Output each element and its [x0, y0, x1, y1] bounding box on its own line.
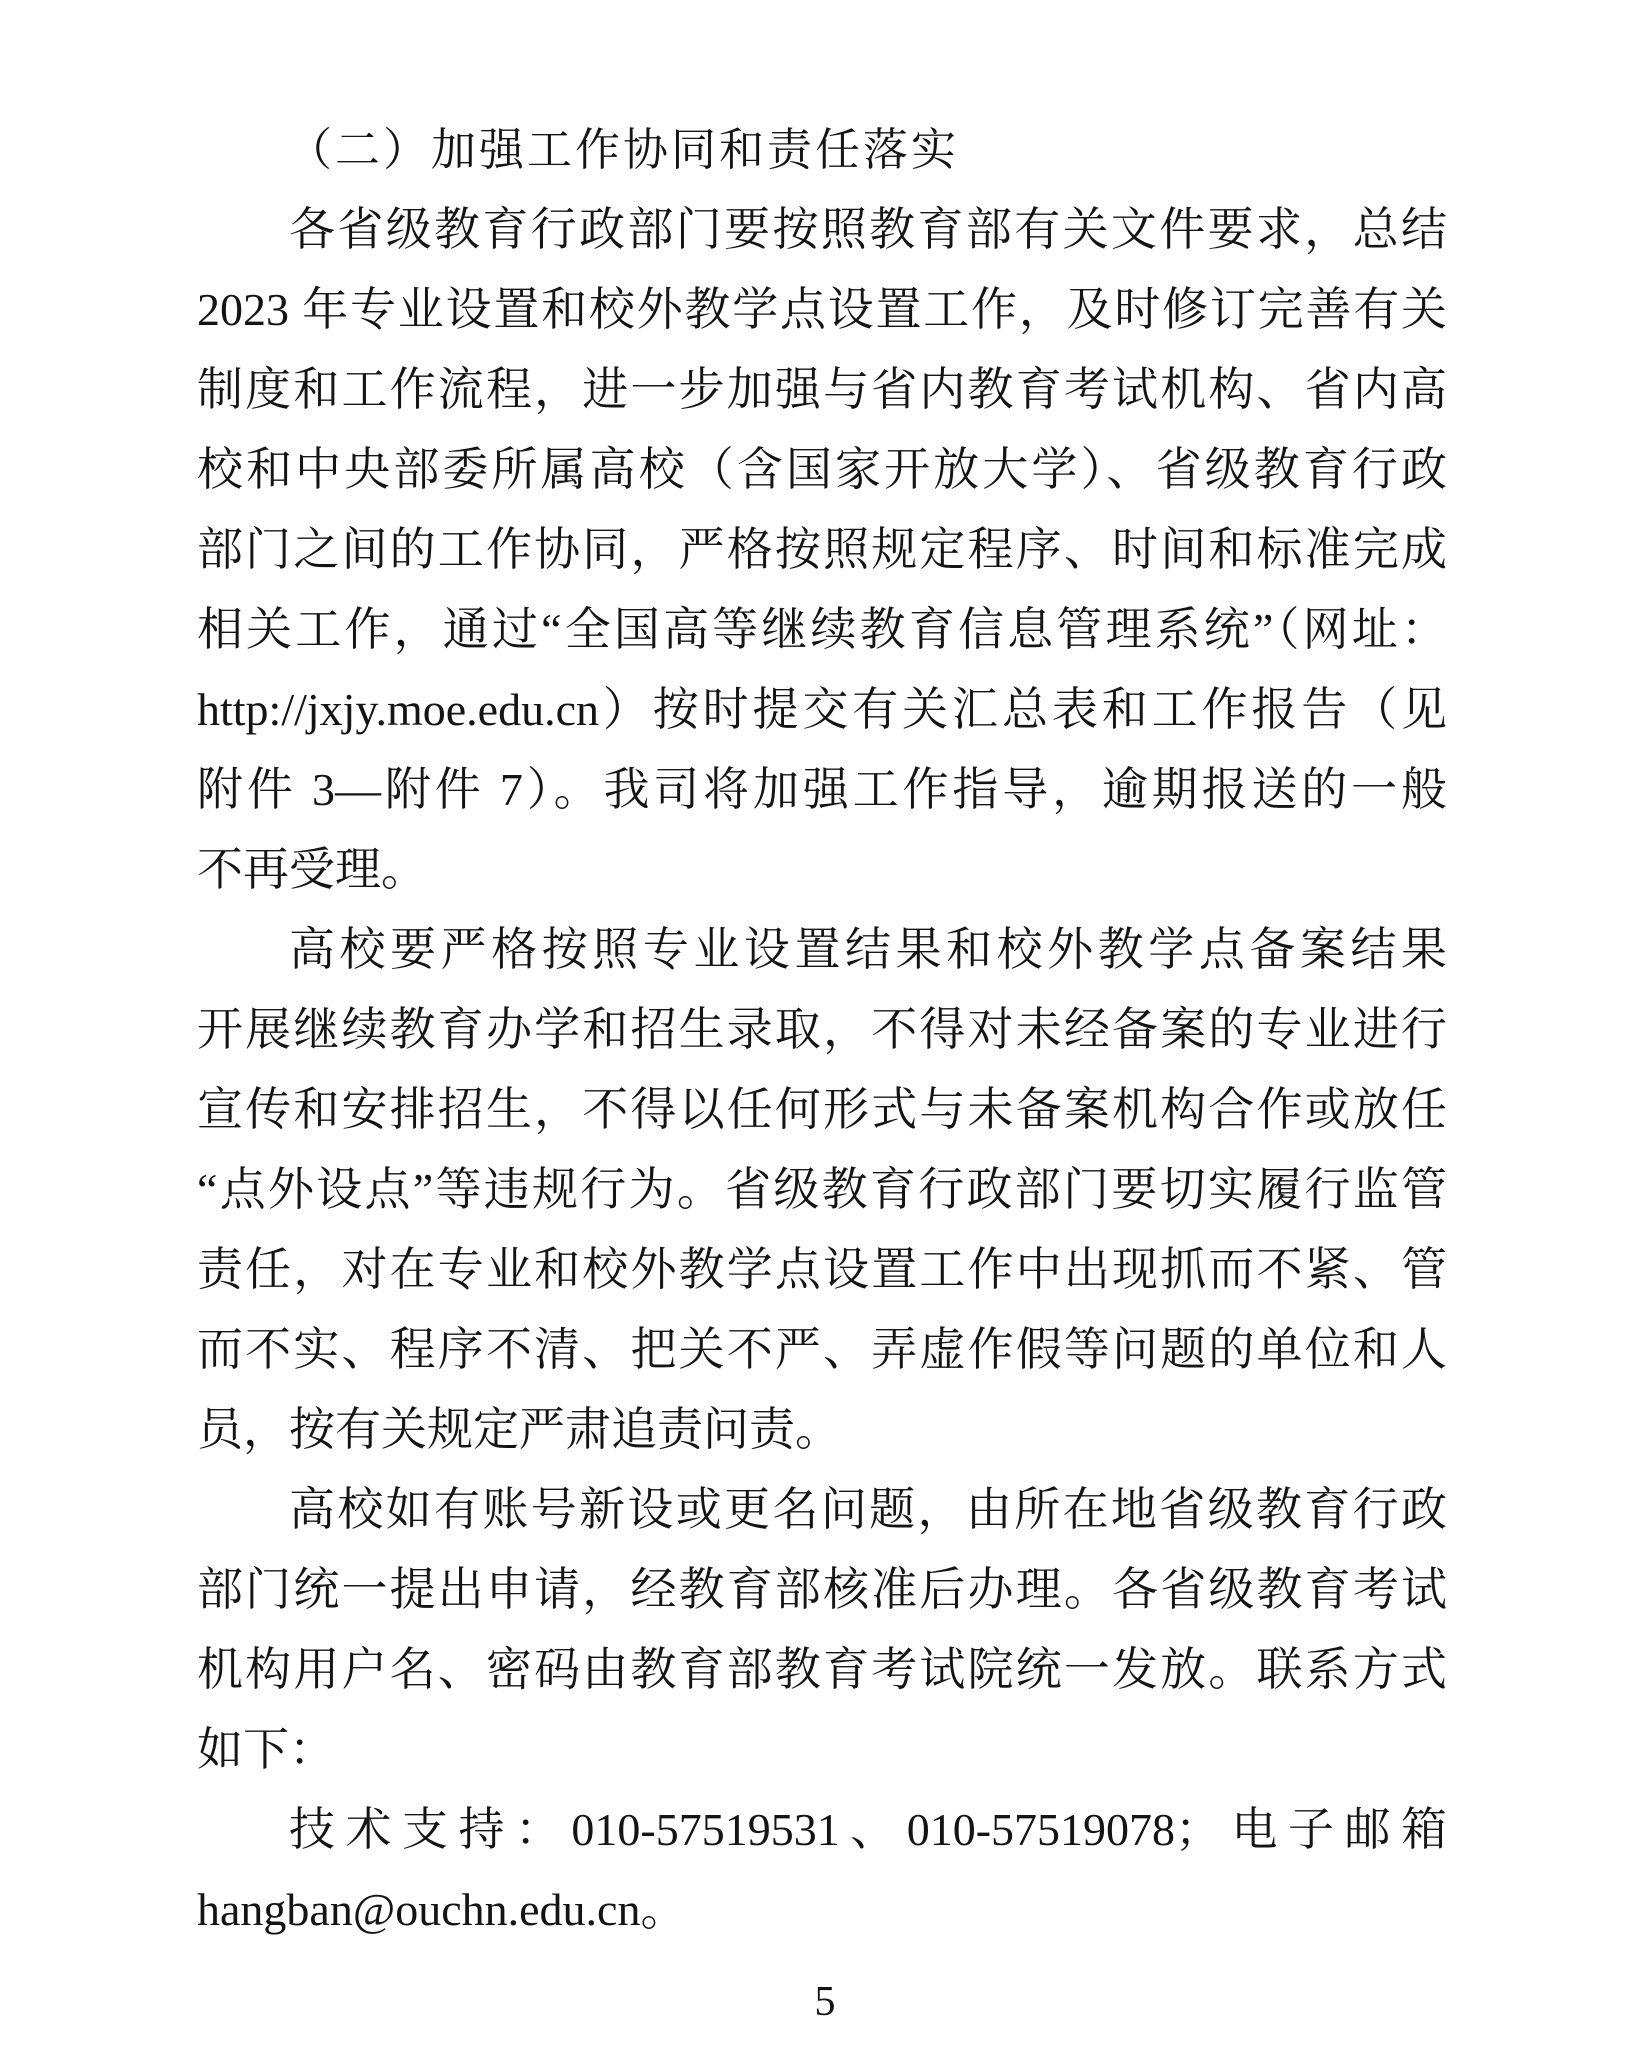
- text-line: 部门统一提出申请，经教育部核准后办理。各省级教育考试: [197, 1550, 1447, 1630]
- text-line: “点外设点”等违规行为。省级教育行政部门要切实履行监管: [197, 1150, 1447, 1230]
- text-line: 如下：: [197, 1710, 1447, 1790]
- document-content: （二）加强工作协同和责任落实 各省级教育行政部门要按照教育部有关文件要求，总结2…: [197, 110, 1447, 1950]
- text-line: 校和中央部委所属高校（含国家开放大学）、省级教育行政: [197, 430, 1447, 510]
- text-line: 附件 3—附件 7）。我司将加强工作指导，逾期报送的一般: [197, 750, 1447, 830]
- text-line: 高校要严格按照专业设置结果和校外教学点备案结果: [197, 910, 1447, 990]
- text-line: 开展继续教育办学和招生录取，不得对未经备案的专业进行: [197, 990, 1447, 1070]
- text-line: 2023 年专业设置和校外教学点设置工作，及时修订完善有关: [197, 270, 1447, 350]
- text-line: 各省级教育行政部门要按照教育部有关文件要求，总结: [197, 190, 1447, 270]
- document-body: 各省级教育行政部门要按照教育部有关文件要求，总结2023 年专业设置和校外教学点…: [197, 190, 1447, 1950]
- text-line: 宣传和安排招生，不得以任何形式与未备案机构合作或放任: [197, 1070, 1447, 1150]
- text-line: 制度和工作流程，进一步加强与省内教育考试机构、省内高: [197, 350, 1447, 430]
- text-line: hangban@ouchn.edu.cn。: [197, 1870, 1447, 1950]
- section-heading: （二）加强工作协同和责任落实: [197, 110, 1447, 190]
- text-line: 不再受理。: [197, 830, 1447, 910]
- document-page: （二）加强工作协同和责任落实 各省级教育行政部门要按照教育部有关文件要求，总结2…: [0, 0, 1650, 2070]
- text-line: 机构用户名、密码由教育部教育考试院统一发放。联系方式: [197, 1630, 1447, 1710]
- text-line: 相关工作，通过“全国高等继续教育信息管理系统”（网址：: [197, 590, 1447, 670]
- text-line: 部门之间的工作协同，严格按照规定程序、时间和标准完成: [197, 510, 1447, 590]
- text-line: 责任，对在专业和校外教学点设置工作中出现抓而不紧、管: [197, 1230, 1447, 1310]
- text-line: http://jxjy.moe.edu.cn）按时提交有关汇总表和工作报告（见: [197, 670, 1447, 750]
- text-line: 而不实、程序不清、把关不严、弄虚作假等问题的单位和人: [197, 1310, 1447, 1390]
- text-line: 高校如有账号新设或更名问题，由所在地省级教育行政: [197, 1470, 1447, 1550]
- text-line: 员，按有关规定严肃追责问责。: [197, 1390, 1447, 1470]
- text-line: 技术支持：010-57519531、010-57519078；电子邮箱: [197, 1790, 1447, 1870]
- page-number: 5: [0, 1978, 1650, 2026]
